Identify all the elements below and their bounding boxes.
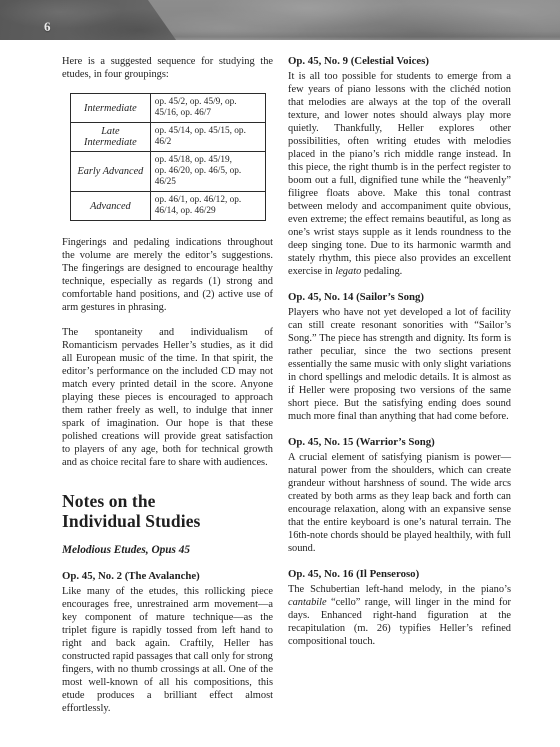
level-cell: Intermediate — [71, 94, 151, 123]
table-row: Late Intermediate op. 45/14, op. 45/15, … — [71, 123, 266, 152]
etude-note-body-avalanche: Like many of the etudes, this rollicking… — [62, 585, 273, 715]
italic-term: legato — [335, 266, 361, 277]
pieces-text: op. 45/18, op. 45/19, — [155, 155, 261, 166]
right-column: Op. 45, No. 9 (Celestial Voices) It is a… — [288, 55, 511, 648]
fingerings-paragraph: Fingerings and pedaling indications thro… — [62, 236, 273, 314]
pieces-cell: op. 45/14, op. 45/15, op. 46/2 — [150, 123, 265, 152]
etude-note-heading-celestial: Op. 45, No. 9 (Celestial Voices) — [288, 55, 511, 68]
section-heading-line2: Individual Studies — [62, 511, 200, 531]
body-text: The Schubertian left-hand melody, in the… — [288, 584, 511, 595]
pieces-cell: op. 45/18, op. 45/19, op. 46/20, op. 46/… — [150, 152, 265, 192]
body-text: It is all too possible for students to e… — [288, 71, 511, 277]
section-heading-line1: Notes on the — [62, 491, 156, 511]
etude-note-body-sailors: Players who have not yet developed a lot… — [288, 306, 511, 423]
pieces-text: op. 45/2, op. 45/9, op. 45/16, op. 46/7 — [155, 97, 261, 119]
pieces-text: op. 46/1, op. 46/12, op. 46/14, op. 46/2… — [155, 195, 261, 217]
table-row: Early Advanced op. 45/18, op. 45/19, op.… — [71, 152, 266, 192]
header-dark-corner — [0, 0, 200, 40]
italic-term: cantabile — [288, 597, 327, 608]
pieces-cell: op. 45/2, op. 45/9, op. 45/16, op. 46/7 — [150, 94, 265, 123]
etude-note-heading-sailors: Op. 45, No. 14 (Sailor’s Song) — [288, 291, 511, 304]
book-page: 6 Here is a suggested sequence for study… — [0, 0, 560, 747]
etude-note-body-celestial: It is all too possible for students to e… — [288, 70, 511, 278]
page-header-banner: 6 — [0, 0, 560, 40]
etude-note-heading-penseroso: Op. 45, No. 16 (Il Penseroso) — [288, 568, 511, 581]
page-number: 6 — [44, 19, 51, 35]
left-column: Here is a suggested sequence for studyin… — [62, 55, 273, 715]
spontaneity-paragraph: The spontaneity and individualism of Rom… — [62, 326, 273, 469]
level-cell: Late Intermediate — [71, 123, 151, 152]
body-text: pedaling. — [361, 266, 402, 277]
etude-note-body-penseroso: The Schubertian left-hand melody, in the… — [288, 583, 511, 648]
table-row: Intermediate op. 45/2, op. 45/9, op. 45/… — [71, 94, 266, 123]
subsection-heading: Melodious Etudes, Opus 45 — [62, 544, 273, 557]
etude-note-heading-warriors: Op. 45, No. 15 (Warrior’s Song) — [288, 436, 511, 449]
etude-note-heading-avalanche: Op. 45, No. 2 (The Avalanche) — [62, 570, 273, 583]
intro-paragraph: Here is a suggested sequence for studyin… — [62, 55, 273, 81]
etude-note-body-warriors: A crucial element of satisfying pianism … — [288, 451, 511, 555]
pieces-text: op. 45/14, op. 45/15, op. 46/2 — [155, 126, 261, 148]
level-cell: Advanced — [71, 192, 151, 221]
table-row: Advanced op. 46/1, op. 46/12, op. 46/14,… — [71, 192, 266, 221]
grouping-table: Intermediate op. 45/2, op. 45/9, op. 45/… — [70, 93, 266, 221]
pieces-text-line2: op. 46/20, op. 46/5, op. 46/25 — [155, 166, 261, 188]
section-heading: Notes on the Individual Studies — [62, 491, 273, 531]
level-cell: Early Advanced — [71, 152, 151, 192]
pieces-cell: op. 46/1, op. 46/12, op. 46/14, op. 46/2… — [150, 192, 265, 221]
